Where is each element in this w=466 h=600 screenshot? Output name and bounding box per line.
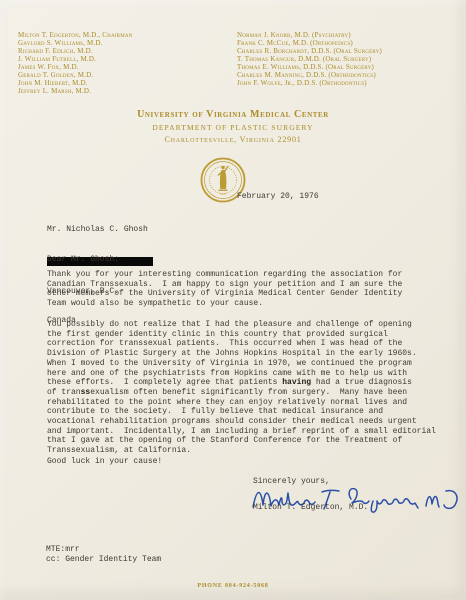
paragraph2-bold-letters: ss bbox=[81, 388, 91, 397]
staff-name: Richard F. Edlich, M.D. bbox=[18, 47, 132, 55]
staff-name: Charles M. Manning, D.D.S. (Orthodontics… bbox=[237, 71, 382, 79]
institution-address: Charlottesville, Virginia 22901 bbox=[0, 135, 466, 144]
typed-signature-name: Milton T. Edgerton, M.D. bbox=[253, 503, 368, 513]
staff-name: T. Thomas Kangur, D.M.D. (Oral Surgery) bbox=[237, 55, 382, 63]
body-paragraph-2: You possibly do not realize that I had t… bbox=[47, 320, 459, 456]
handwritten-signature bbox=[248, 479, 464, 519]
letterhead-staff-right: Norman J. Knorr, M.D. (Psychiatry) Frank… bbox=[237, 31, 382, 87]
institution-name: University of Virginia Medical Center bbox=[0, 109, 466, 120]
letterhead-staff-left: Milton T. Edgerton, M.D., Chairman Gaylo… bbox=[18, 31, 132, 95]
staff-name: Jeffrey L. Marsh, M.D. bbox=[18, 87, 132, 95]
staff-name: Norman J. Knorr, M.D. (Psychiatry) bbox=[237, 31, 382, 39]
closing-line: Good luck in your cause! bbox=[47, 457, 162, 467]
paragraph2-bold-word: having bbox=[282, 378, 311, 387]
body-paragraph-1: Thank you for your interesting communica… bbox=[47, 270, 447, 309]
staff-name: John F. Wolfe, Jr., D.D.S. (Orthodontics… bbox=[237, 79, 382, 87]
staff-name: Thomas E. Williams, D.D.S. (Oral Surgery… bbox=[237, 63, 382, 71]
staff-name: Gerald T. Golden, M.D. bbox=[18, 71, 132, 79]
department-name: DEPARTMENT OF PLASTIC SURGERY bbox=[0, 123, 466, 132]
cc-line: cc: Gender Identity Team bbox=[46, 555, 161, 565]
letterhead-center: University of Virginia Medical Center DE… bbox=[0, 109, 466, 144]
paragraph2-text: exualism often benefit significantly fro… bbox=[47, 388, 436, 455]
staff-name: Milton T. Edgerton, M.D., Chairman bbox=[18, 31, 132, 39]
paragraph2-text: You possibly do not realize that I had t… bbox=[47, 320, 417, 387]
staff-name: Gaylord S. Williams, M.D. bbox=[18, 39, 132, 47]
staff-name: Frank C. McCue, M.D. (Orthopedics) bbox=[237, 39, 382, 47]
letter-date: February 20, 1976 bbox=[237, 192, 319, 202]
svg-text:1819: 1819 bbox=[220, 192, 227, 196]
recipient-name: Mr. Nicholas C. Ghosh bbox=[47, 225, 153, 235]
salutation: Dear Mr. Ghosh: bbox=[47, 255, 119, 265]
staff-name: Charles R. Borchardt, D.D.S. (Oral Surge… bbox=[237, 47, 382, 55]
staff-name: John M. Hiebert, M.D. bbox=[18, 79, 132, 87]
letter-page: Milton T. Edgerton, M.D., Chairman Gaylo… bbox=[0, 0, 466, 600]
staff-name: James W. Fox, M.D. bbox=[18, 63, 132, 71]
footer-phone: PHONE 804-924-5068 bbox=[0, 583, 466, 589]
typist-initials: MTE:mrr bbox=[46, 545, 80, 555]
staff-name: J. William Futrell, M.D. bbox=[18, 55, 132, 63]
